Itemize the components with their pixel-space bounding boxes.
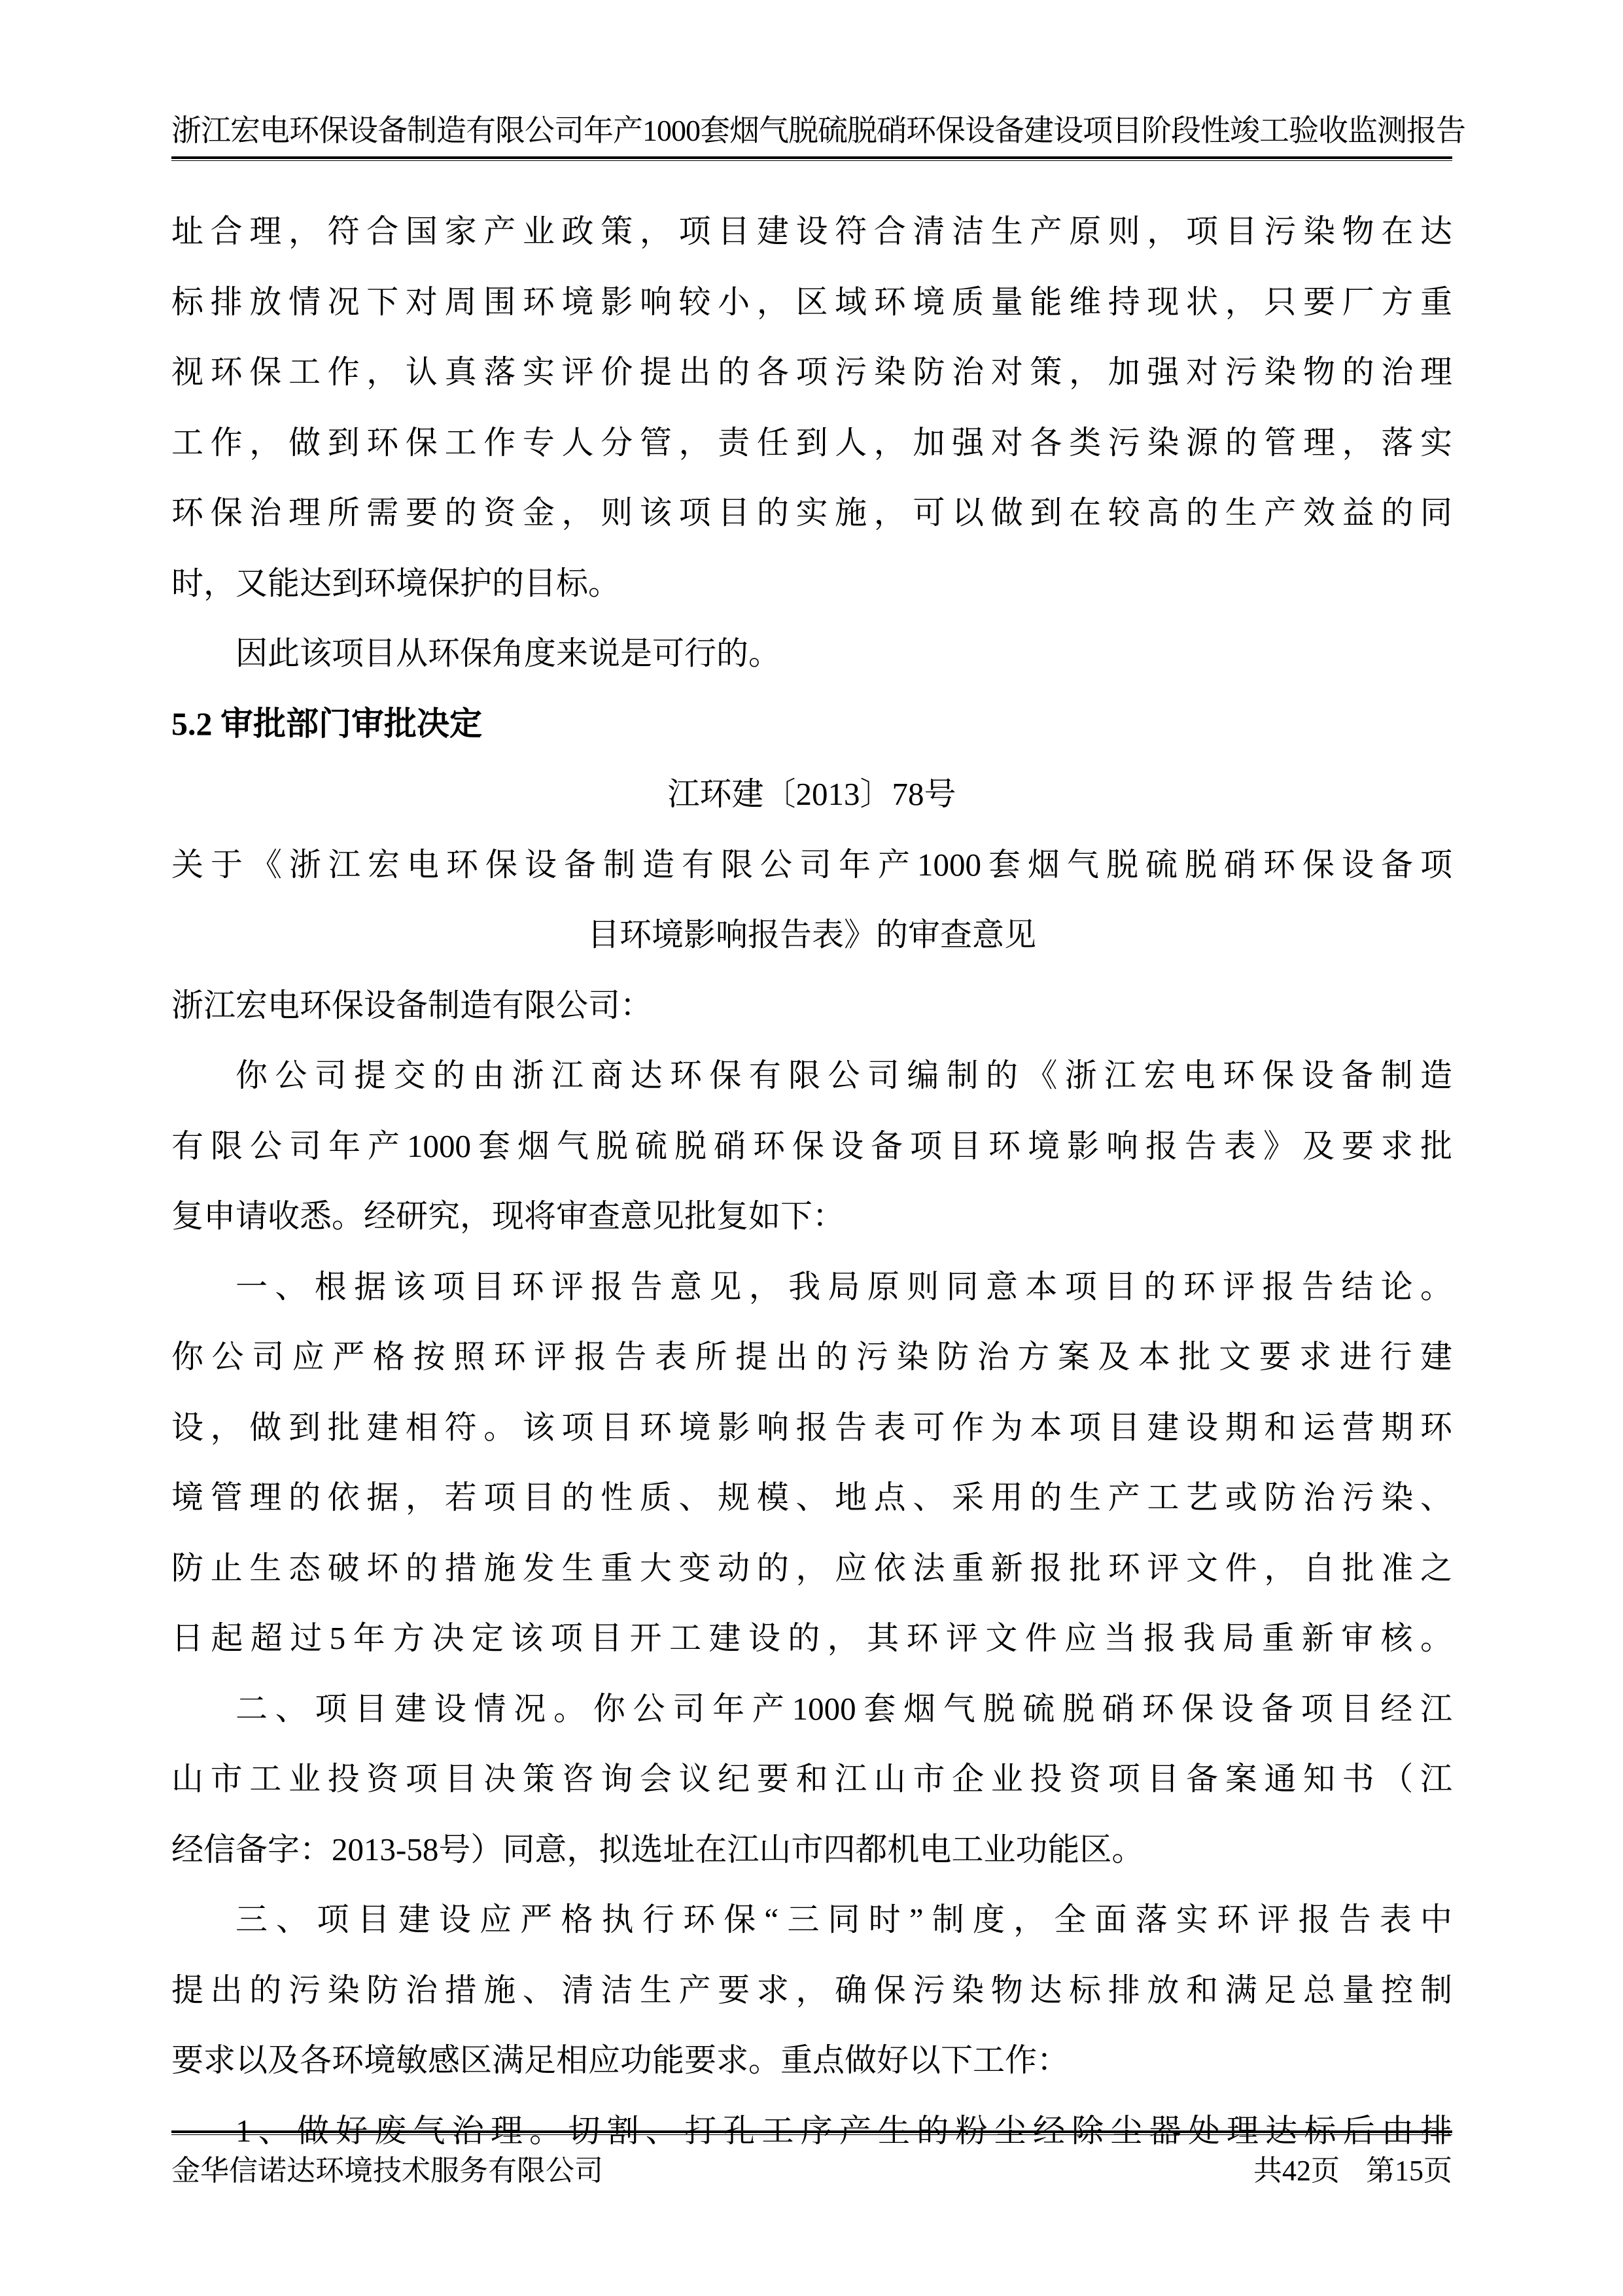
conclusion-line: 址合理，符合国家产业政策，项目建设符合清洁生产原则，项目污染物在达	[171, 196, 1452, 267]
feasibility-statement: 因此该项目从环保角度来说是可行的。	[171, 618, 1452, 689]
page-footer: 金华信诺达环境技术服务有限公司 共42页第15页	[171, 2151, 1452, 2191]
section-heading: 5.2 审批部门审批决定	[171, 689, 1452, 760]
item-one-line: 一、根据该项目环评报告意见，我局原则同意本项目的环评报告结论。	[171, 1252, 1452, 1322]
item-two-line: 山市工业投资项目决策咨询会议纪要和江山市企业投资项目备案通知书（江	[171, 1744, 1452, 1814]
item-one-line: 日起超过5年方决定该项目开工建设的，其环评文件应当报我局重新审核。	[171, 1603, 1452, 1674]
intro-line: 你公司提交的由浙江商达环保有限公司编制的《浙江宏电环保设备制造	[171, 1040, 1452, 1111]
item-three-line: 三、项目建设应严格执行环保“三同时”制度，全面落实环评报告表中	[171, 1884, 1452, 1955]
conclusion-line: 工作，做到环保工作专人分管，责任到人，加强对各类污染源的管理，落实	[171, 408, 1452, 478]
footer-divider	[171, 2130, 1452, 2135]
total-pages: 共42页	[1253, 2155, 1340, 2187]
conclusion-line: 环保治理所需要的资金，则该项目的实施，可以做到在较高的生产效益的同	[171, 478, 1452, 548]
page-header-title: 浙江宏电环保设备制造有限公司年产1000套烟气脱硫脱硝环保设备建设项目阶段性竣工…	[171, 110, 1452, 152]
document-body: 址合理，符合国家产业政策，项目建设符合清洁生产原则，项目污染物在达 标排放情况下…	[171, 196, 1452, 2166]
item-three-line: 要求以及各环境敏感区满足相应功能要求。重点做好以下工作：	[171, 2025, 1452, 2096]
item-one-line: 防止生态破坏的措施发生重大变动的，应依法重新报批环评文件，自批准之	[171, 1533, 1452, 1604]
item-three-line: 提出的污染防治措施、清洁生产要求，确保污染物达标排放和满足总量控制	[171, 1955, 1452, 2026]
conclusion-line: 视环保工作，认真落实评价提出的各项污染防治对策，加强对污染物的治理	[171, 337, 1452, 408]
header-divider	[171, 156, 1452, 161]
addressee: 浙江宏电环保设备制造有限公司：	[171, 970, 1452, 1041]
footer-company: 金华信诺达环境技术服务有限公司	[171, 2151, 603, 2191]
document-number: 江环建〔2013〕78号	[171, 759, 1452, 830]
document-title-line: 关于《浙江宏电环保设备制造有限公司年产1000套烟气脱硫脱硝环保设备项	[171, 830, 1452, 900]
item-two-line: 经信备字：2013-58号）同意，拟选址在江山市四都机电工业功能区。	[171, 1814, 1452, 1885]
item-two-line: 二、项目建设情况。你公司年产1000套烟气脱硫脱硝环保设备项目经江	[171, 1674, 1452, 1744]
page-counter: 共42页第15页	[1253, 2151, 1452, 2191]
intro-line: 复申请收悉。经研究，现将审查意见批复如下：	[171, 1181, 1452, 1252]
item-one-line: 你公司应严格按照环评报告表所提出的污染防治方案及本批文要求进行建	[171, 1322, 1452, 1392]
item-one-line: 境管理的依据，若项目的性质、规模、地点、采用的生产工艺或防治污染、	[171, 1462, 1452, 1533]
current-page: 第15页	[1366, 2155, 1452, 2187]
item-one-line: 设，做到批建相符。该项目环境影响报告表可作为本项目建设期和运营期环	[171, 1392, 1452, 1463]
document-title-line: 目环境影响报告表》的审查意见	[171, 900, 1452, 970]
intro-line: 有限公司年产1000套烟气脱硫脱硝环保设备项目环境影响报告表》及要求批	[171, 1111, 1452, 1182]
conclusion-line: 标排放情况下对周围环境影响较小，区域环境质量能维持现状，只要厂方重	[171, 267, 1452, 338]
conclusion-line: 时，又能达到环境保护的目标。	[171, 548, 1452, 619]
